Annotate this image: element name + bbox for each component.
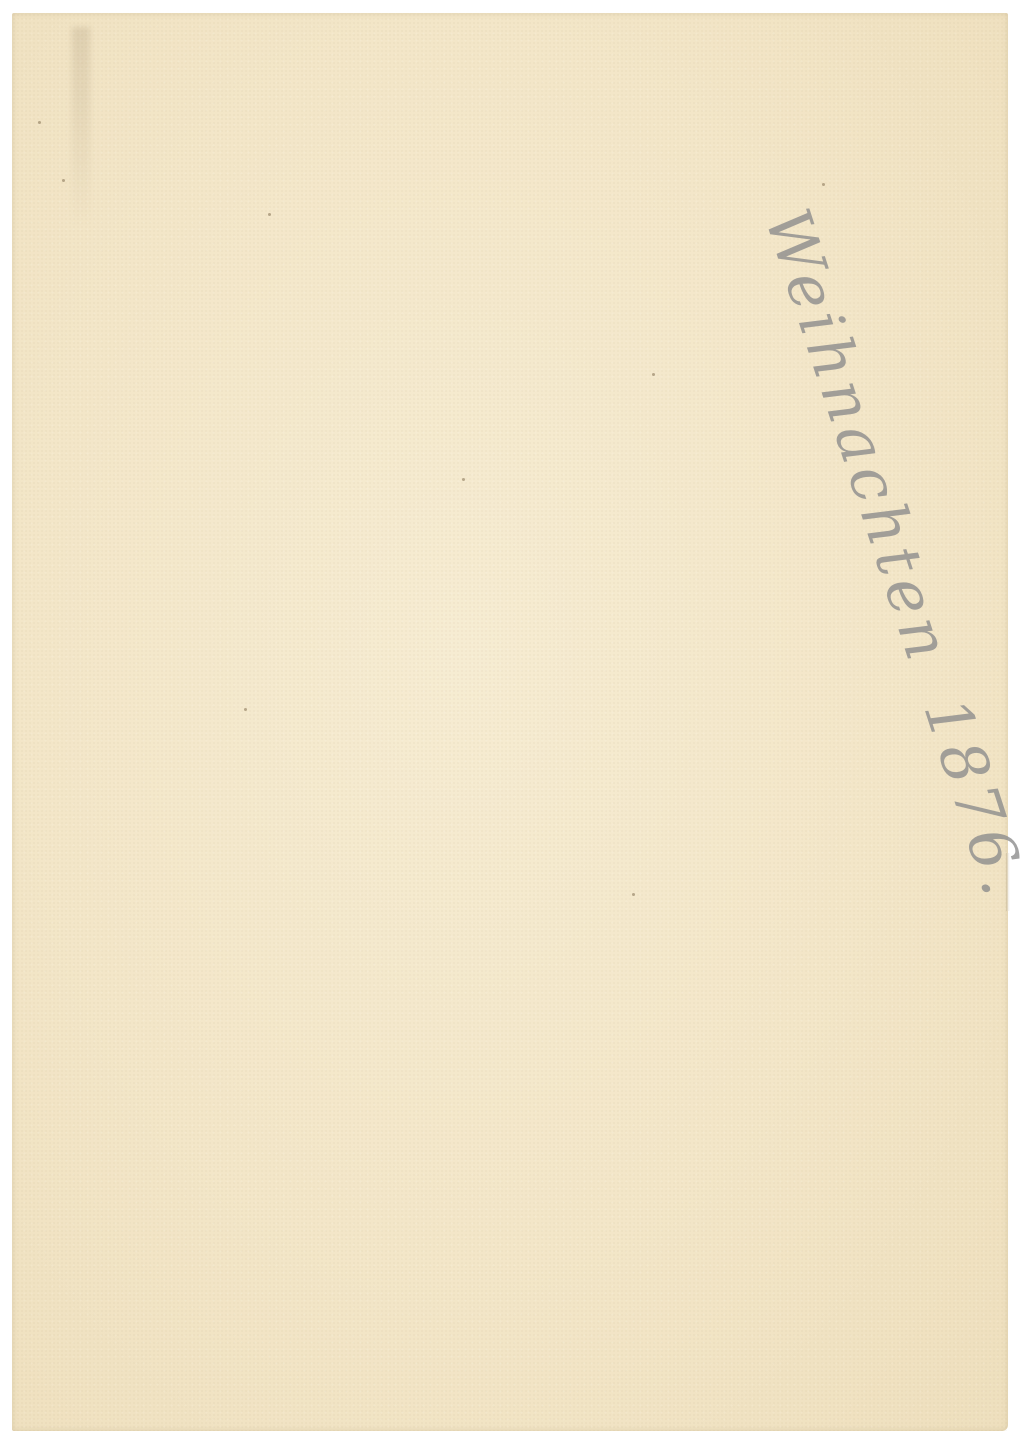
- paper-speck: [462, 478, 465, 481]
- edge-smudge: [72, 27, 90, 227]
- paper-texture: [12, 13, 1008, 1431]
- paper-speck: [268, 213, 271, 216]
- paper-speck: [822, 183, 825, 186]
- paper-speck: [652, 373, 655, 376]
- paper-speck: [244, 708, 247, 711]
- paper-card: [12, 13, 1008, 1431]
- paper-speck: [38, 121, 41, 124]
- paper-speck: [62, 179, 65, 182]
- paper-speck: [632, 893, 635, 896]
